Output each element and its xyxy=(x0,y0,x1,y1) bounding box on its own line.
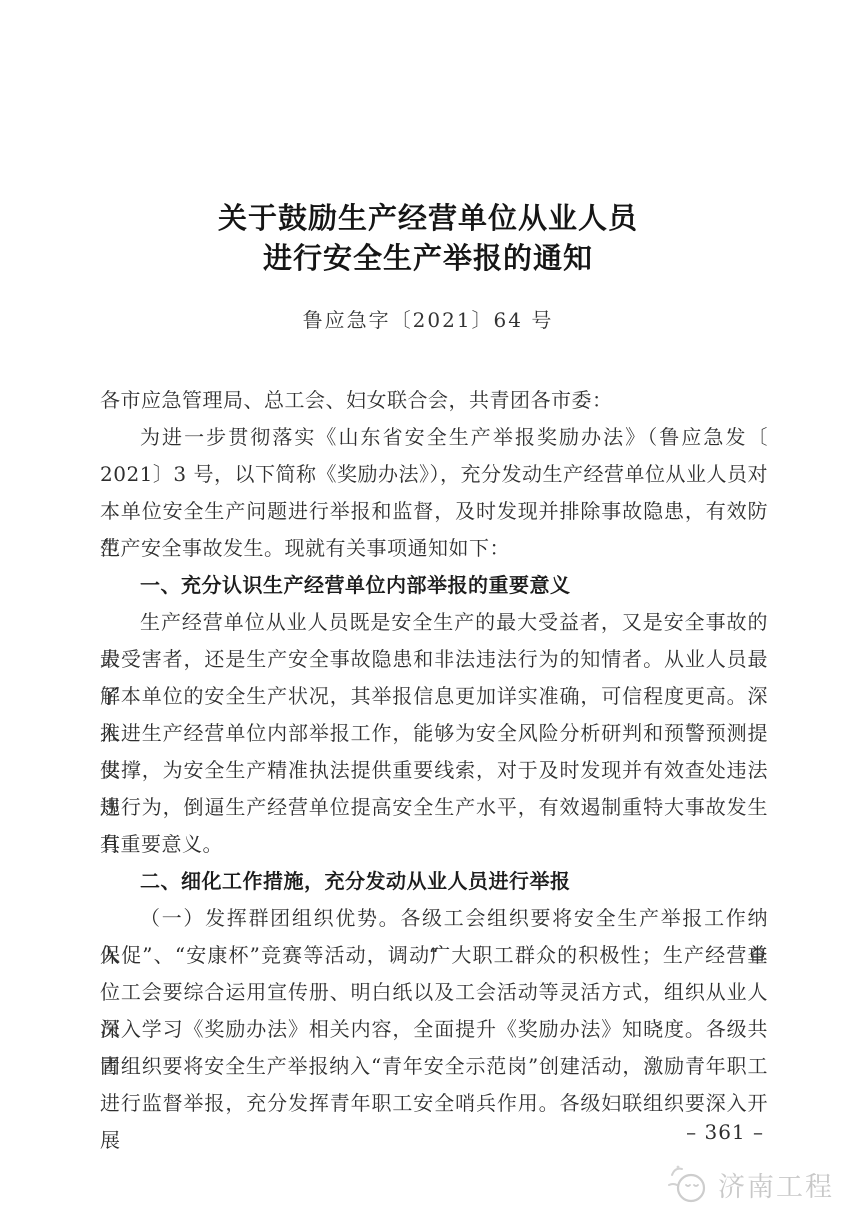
body-line-recipients: 各市应急管理局、总工会、妇女联合会，共青团各市委： xyxy=(100,382,768,419)
body-line: 保促”、“安康杯”竞赛等活动，调动广大职工群众的积极性；生产经营单 xyxy=(100,937,768,974)
body-line: 推进生产经营单位内部举报工作，能够为安全风险分析研判和预警预测提供 xyxy=(100,715,768,752)
body-line: 本单位安全生产问题进行举报和监督，及时发现并排除事故隐患，有效防范 xyxy=(100,493,768,530)
document-page: 关于鼓励生产经营单位从业人员 进行安全生产举报的通知 鲁应急字〔2021〕64 … xyxy=(0,0,856,1225)
body-line: 有重要意义。 xyxy=(100,826,768,863)
body-line: 生产安全事故发生。现就有关事项通知如下： xyxy=(100,530,768,567)
body-line: 规行为，倒逼生产经营单位提高安全生产水平，有效遏制重特大事故发生具 xyxy=(100,789,768,826)
body-line: 解本单位的安全生产状况，其举报信息更加详实准确，可信程度更高。深入 xyxy=(100,678,768,715)
body-line: 为进一步贯彻落实《山东省安全生产举报奖励办法》（鲁应急发〔 xyxy=(100,419,768,456)
section-heading-1: 一、充分认识生产经营单位内部举报的重要意义 xyxy=(100,567,768,604)
body-line: （一）发挥群团组织优势。各级工会组织要将安全生产举报工作纳入“查 xyxy=(100,900,768,937)
body-line: 支撑，为安全生产精准执法提供重要线索，对于及时发现并有效查处违法违 xyxy=(100,752,768,789)
body-line: 生产经营单位从业人员既是安全生产的最大受益者，又是安全事故的最 xyxy=(100,604,768,641)
section-heading-2: 二、细化工作措施，充分发动从业人员进行举报 xyxy=(100,863,768,900)
body-line: 2021〕3 号，以下简称《奖励办法》），充分发动生产经营单位从业人员对 xyxy=(100,456,768,493)
watermark-text: 济南工程 xyxy=(718,1165,834,1204)
doc-title-line1: 关于鼓励生产经营单位从业人员 xyxy=(0,198,856,238)
body-line: 进行监督举报，充分发挥青年职工安全哨兵作用。各级妇联组织要深入开展 xyxy=(100,1085,768,1122)
doc-title: 关于鼓励生产经营单位从业人员 进行安全生产举报的通知 xyxy=(0,0,856,278)
doc-title-line2: 进行安全生产举报的通知 xyxy=(0,238,856,278)
body-line: 团组织要将安全生产举报纳入“青年安全示范岗”创建活动，激励青年职工 xyxy=(100,1048,768,1085)
body-text: 各市应急管理局、总工会、妇女联合会，共青团各市委： 为进一步贯彻落实《山东省安全… xyxy=(100,382,768,1122)
watermark: 济南工程 xyxy=(665,1163,834,1205)
page-number: – 361 – xyxy=(686,1120,764,1144)
body-line: 位工会要综合运用宣传册、明白纸以及工会活动等灵活方式，组织从业人员 xyxy=(100,974,768,1011)
watermark-mascot-icon xyxy=(665,1163,711,1205)
body-line: 深入学习《奖励办法》相关内容，全面提升《奖励办法》知晓度。各级共青 xyxy=(100,1011,768,1048)
body-line: 大受害者，还是生产安全事故隐患和非法违法行为的知情者。从业人员最了 xyxy=(100,641,768,678)
doc-number: 鲁应急字〔2021〕64 号 xyxy=(0,306,856,334)
